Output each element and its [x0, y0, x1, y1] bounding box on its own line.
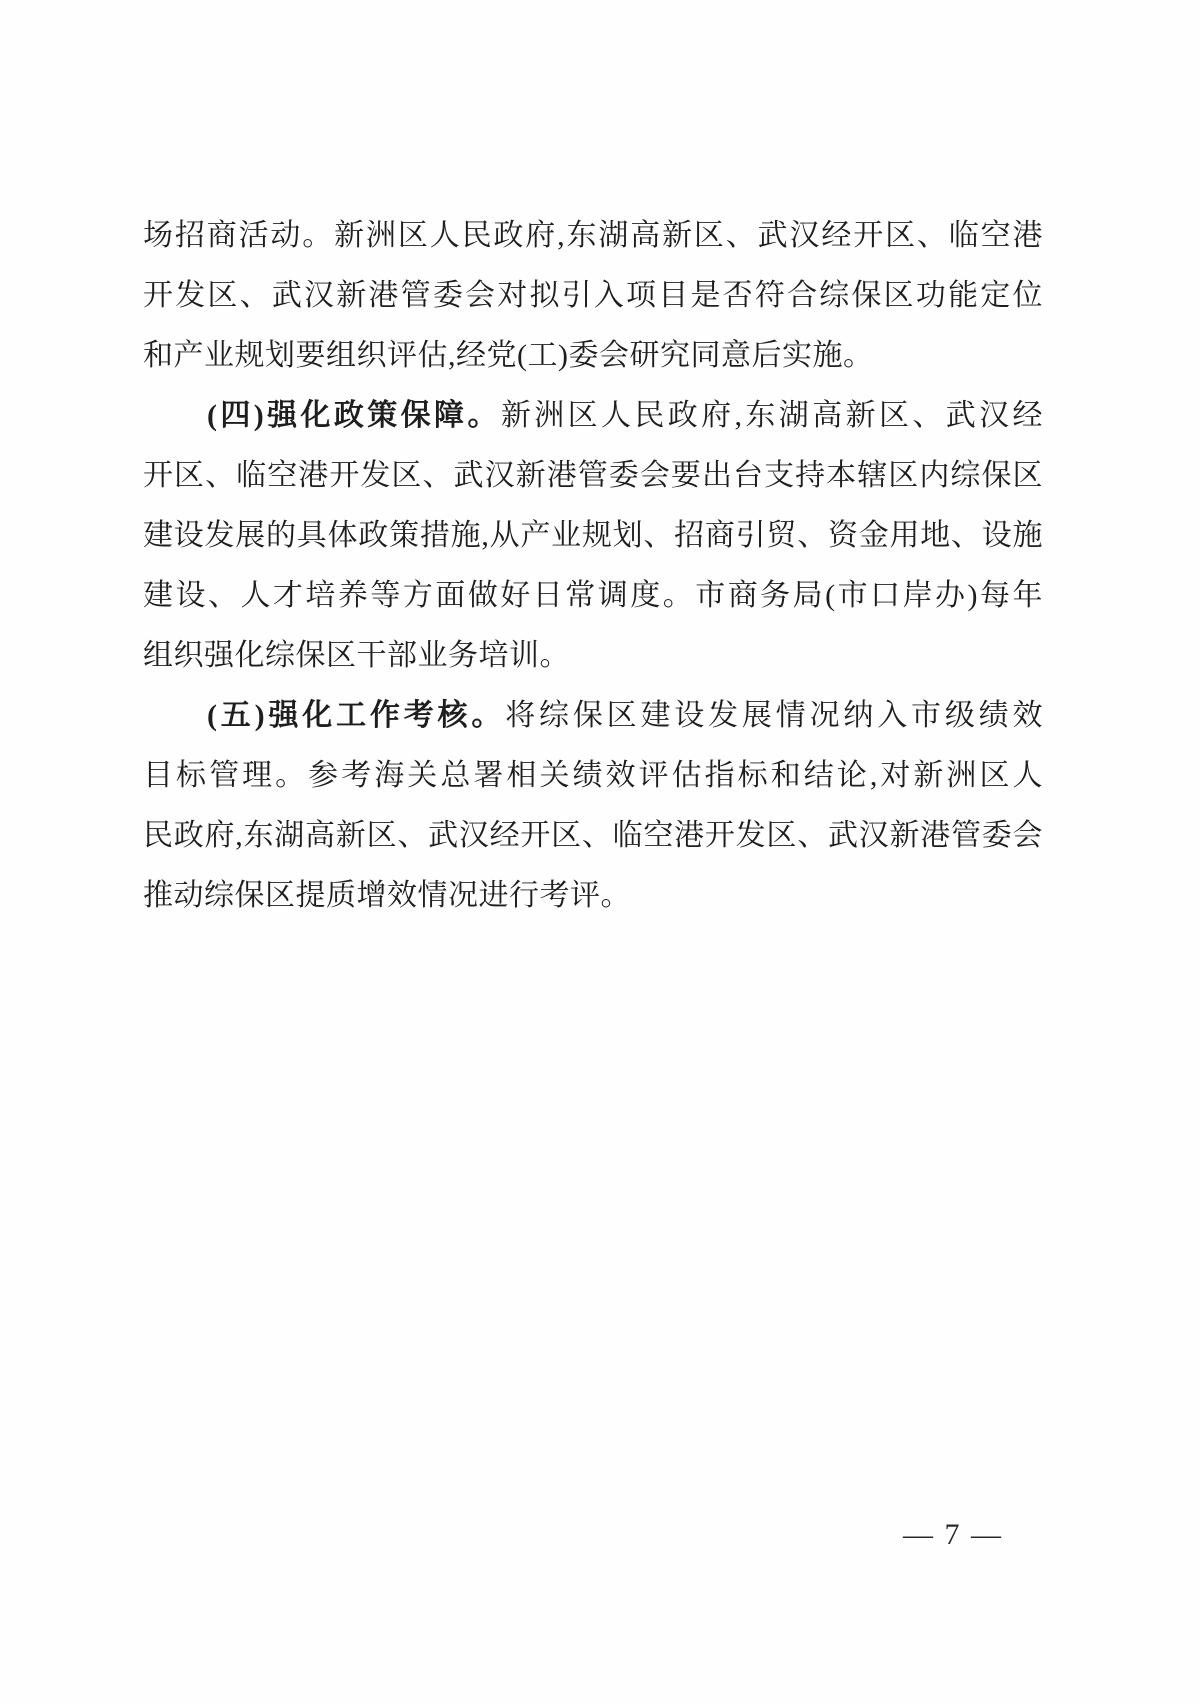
text-line: 和产业规划要组织评估,经党(工)委会研究同意后实施。	[143, 326, 1043, 386]
line-text: 组织强化综保区干部业务培训。	[143, 639, 570, 672]
line-text: 开区、临空港开发区、武汉新港管委会要出台支持本辖区内综保区	[143, 459, 1043, 492]
page-number-text: — 7 —	[903, 1518, 1003, 1551]
text-line: 组织强化综保区干部业务培训。	[143, 626, 1043, 686]
line-text: 推动综保区提质增效情况进行考评。	[143, 879, 631, 912]
text-line: 目标管理。参考海关总署相关绩效评估指标和结论,对新洲区人	[143, 746, 1043, 806]
text-line: (五)强化工作考核。将综保区建设发展情况纳入市级绩效	[143, 686, 1043, 746]
text-line: 建设发展的具体政策措施,从产业规划、招商引贸、资金用地、设施	[143, 506, 1043, 566]
section-heading: (四)强化政策保障。	[207, 399, 501, 432]
line-text: 场招商活动。新洲区人民政府,东湖高新区、武汉经开区、临空港	[143, 219, 1043, 252]
line-text: 建设、人才培养等方面做好日常调度。市商务局(市口岸办)每年	[143, 579, 1043, 612]
line-text: 民政府,东湖高新区、武汉经开区、临空港开发区、武汉新港管委会	[143, 819, 1043, 852]
text-line: 开区、临空港开发区、武汉新港管委会要出台支持本辖区内综保区	[143, 446, 1043, 506]
line-text: 目标管理。参考海关总署相关绩效评估指标和结论,对新洲区人	[143, 759, 1043, 792]
text-line: 建设、人才培养等方面做好日常调度。市商务局(市口岸办)每年	[143, 566, 1043, 626]
section-heading: (五)强化工作考核。	[207, 699, 505, 732]
line-text: 开发区、武汉新港管委会对拟引入项目是否符合综保区功能定位	[143, 279, 1043, 312]
page-number: — 7 —	[878, 1513, 1028, 1557]
line-text: 新洲区人民政府,东湖高新区、武汉经	[501, 399, 1043, 432]
text-line: 民政府,东湖高新区、武汉经开区、临空港开发区、武汉新港管委会	[143, 806, 1043, 866]
line-text: 将综保区建设发展情况纳入市级绩效	[505, 699, 1043, 732]
text-line: 开发区、武汉新港管委会对拟引入项目是否符合综保区功能定位	[143, 266, 1043, 326]
line-text: 建设发展的具体政策措施,从产业规划、招商引贸、资金用地、设施	[143, 519, 1043, 552]
text-line: 推动综保区提质增效情况进行考评。	[143, 866, 1043, 926]
document-page: 场招商活动。新洲区人民政府,东湖高新区、武汉经开区、临空港 开发区、武汉新港管委…	[0, 0, 1200, 1703]
text-line: (四)强化政策保障。新洲区人民政府,东湖高新区、武汉经	[143, 386, 1043, 446]
line-text: 和产业规划要组织评估,经党(工)委会研究同意后实施。	[143, 339, 873, 372]
body-text: 场招商活动。新洲区人民政府,东湖高新区、武汉经开区、临空港 开发区、武汉新港管委…	[143, 206, 1043, 926]
text-line: 场招商活动。新洲区人民政府,东湖高新区、武汉经开区、临空港	[143, 206, 1043, 266]
